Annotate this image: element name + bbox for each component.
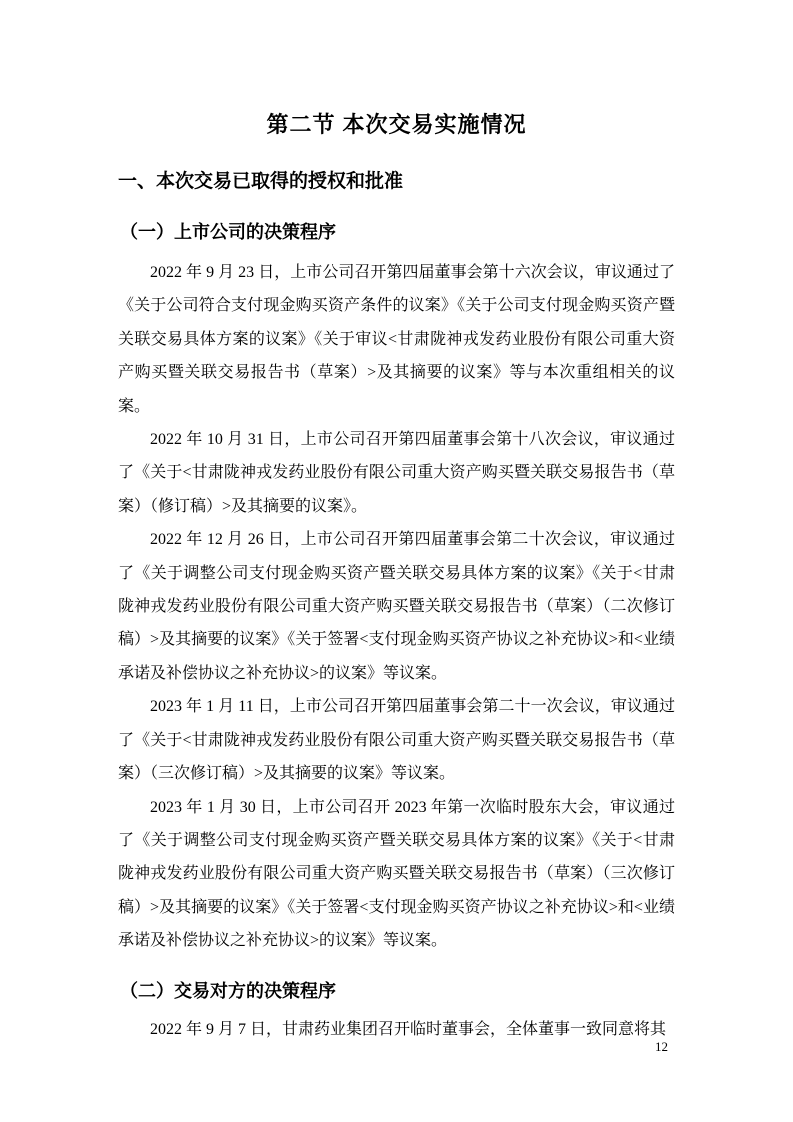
- paragraph-shareholders-meeting: 2023 年 1 月 30 日，上市公司召开 2023 年第一次临时股东大会，审…: [118, 791, 675, 958]
- subsection-heading-counterparty: （二）交易对方的决策程序: [120, 979, 675, 1004]
- page-content: 第二节 本次交易实施情况 一、本次交易已取得的授权和批准 （一）上市公司的决策程…: [118, 0, 675, 1046]
- counterparty-paragraphs: 2022 年 9 月 7 日，甘肃药业集团召开临时董事会，全体董事一致同意将其: [118, 1013, 675, 1046]
- chapter-title: 第二节 本次交易实施情况: [118, 111, 675, 139]
- document-page: 第二节 本次交易实施情况 一、本次交易已取得的授权和批准 （一）上市公司的决策程…: [0, 0, 793, 1122]
- paragraph-board-21st-meeting: 2023 年 1 月 11 日，上市公司召开第四届董事会第二十一次会议，审议通过…: [118, 690, 675, 790]
- paragraph-counterparty-board: 2022 年 9 月 7 日，甘肃药业集团召开临时董事会，全体董事一致同意将其: [118, 1013, 675, 1046]
- page-number: 12: [655, 1038, 668, 1056]
- paragraph-board-16th-meeting: 2022 年 9 月 23 日，上市公司召开第四届董事会第十六次会议，审议通过了…: [118, 256, 675, 423]
- subsection-heading-listed-company: （一）上市公司的决策程序: [120, 220, 675, 245]
- section-heading-authorizations: 一、本次交易已取得的授权和批准: [118, 169, 675, 194]
- paragraph-board-20th-meeting: 2022 年 12 月 26 日，上市公司召开第四届董事会第二十次会议，审议通过…: [118, 523, 675, 690]
- paragraph-board-18th-meeting: 2022 年 10 月 31 日，上市公司召开第四届董事会第十八次会议，审议通过…: [118, 423, 675, 523]
- listed-company-paragraphs: 2022 年 9 月 23 日，上市公司召开第四届董事会第十六次会议，审议通过了…: [118, 256, 675, 958]
